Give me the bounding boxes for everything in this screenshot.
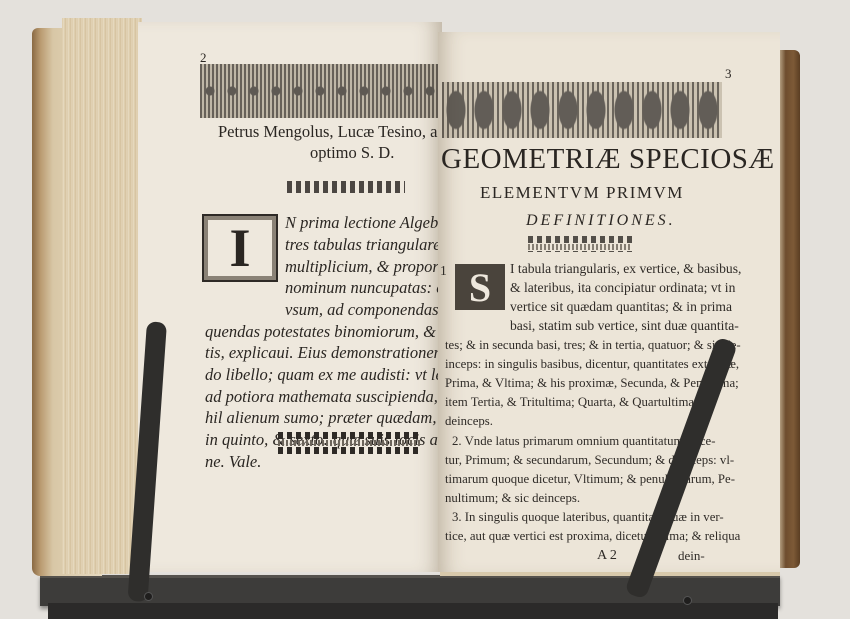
right-page-number: 3 (725, 66, 732, 82)
drop-cap-initial-S: S (455, 264, 505, 310)
left-body-line: vsum, ad componendas, & (285, 299, 460, 321)
book-title: GEOMETRIÆ SPECIOSÆ (441, 143, 775, 176)
right-body-line: deinceps. (445, 412, 493, 431)
book-subtitle: ELEMENTVM PRIMVM (480, 183, 684, 203)
right-body-line: vertice sit quædam quantitas; & in prima (510, 297, 732, 316)
right-body-line: tice, aut quæ vertici est proxima, dicet… (445, 527, 740, 546)
right-body-line: basi, statim sub vertice, sint duæ quant… (510, 316, 739, 335)
right-body-line: 3. In singulis quoque lateribus, quantit… (452, 508, 724, 527)
clamp-pin-right (683, 596, 692, 605)
reading-stand-top (40, 575, 780, 606)
small-ornament-right (528, 236, 632, 252)
headpiece-ornament-left (200, 64, 442, 118)
right-body-line: timarum quoque dicetur, Vltimum; & penul… (445, 470, 735, 489)
book-cover-right (778, 50, 800, 568)
small-ornament-left (287, 181, 405, 193)
right-body-line: nultimum; & sic deinceps. (445, 489, 580, 508)
catchword: dein- (678, 546, 705, 565)
reading-stand-base (48, 603, 778, 619)
left-body-line: hil alienum sumo; præter quædam, ex E- (205, 407, 475, 429)
section-heading: DEFINITIONES. (526, 212, 676, 230)
page-block-left (62, 18, 142, 574)
salutation-line-2: optimo S. D. (310, 143, 394, 163)
drop-cap-initial-I: I (202, 214, 278, 282)
headpiece-ornament-right (442, 82, 722, 138)
clamp-pin-left (144, 592, 153, 601)
signature-mark: A 2 (597, 546, 617, 565)
right-body-line: inceps: in singulis basibus, dicentur, q… (445, 355, 739, 374)
right-body-line: Prima, & Vltima; & his proximæ, Secunda,… (445, 374, 739, 393)
tailpiece-ornament-left (278, 432, 420, 454)
right-body-line: & lateribus, ita concipiatur ordinata; v… (510, 278, 735, 297)
paragraph-number-1: 1 (440, 261, 447, 280)
right-body-line: I tabula triangularis, ex vertice, & bas… (510, 259, 741, 278)
left-body-line: ne. Vale. (205, 451, 261, 473)
right-body-line: item Tertia, & Tritultima; Quarta, & Qua… (445, 393, 711, 412)
right-body-line: tes; & in secunda basi, tres; & in terti… (445, 336, 741, 355)
